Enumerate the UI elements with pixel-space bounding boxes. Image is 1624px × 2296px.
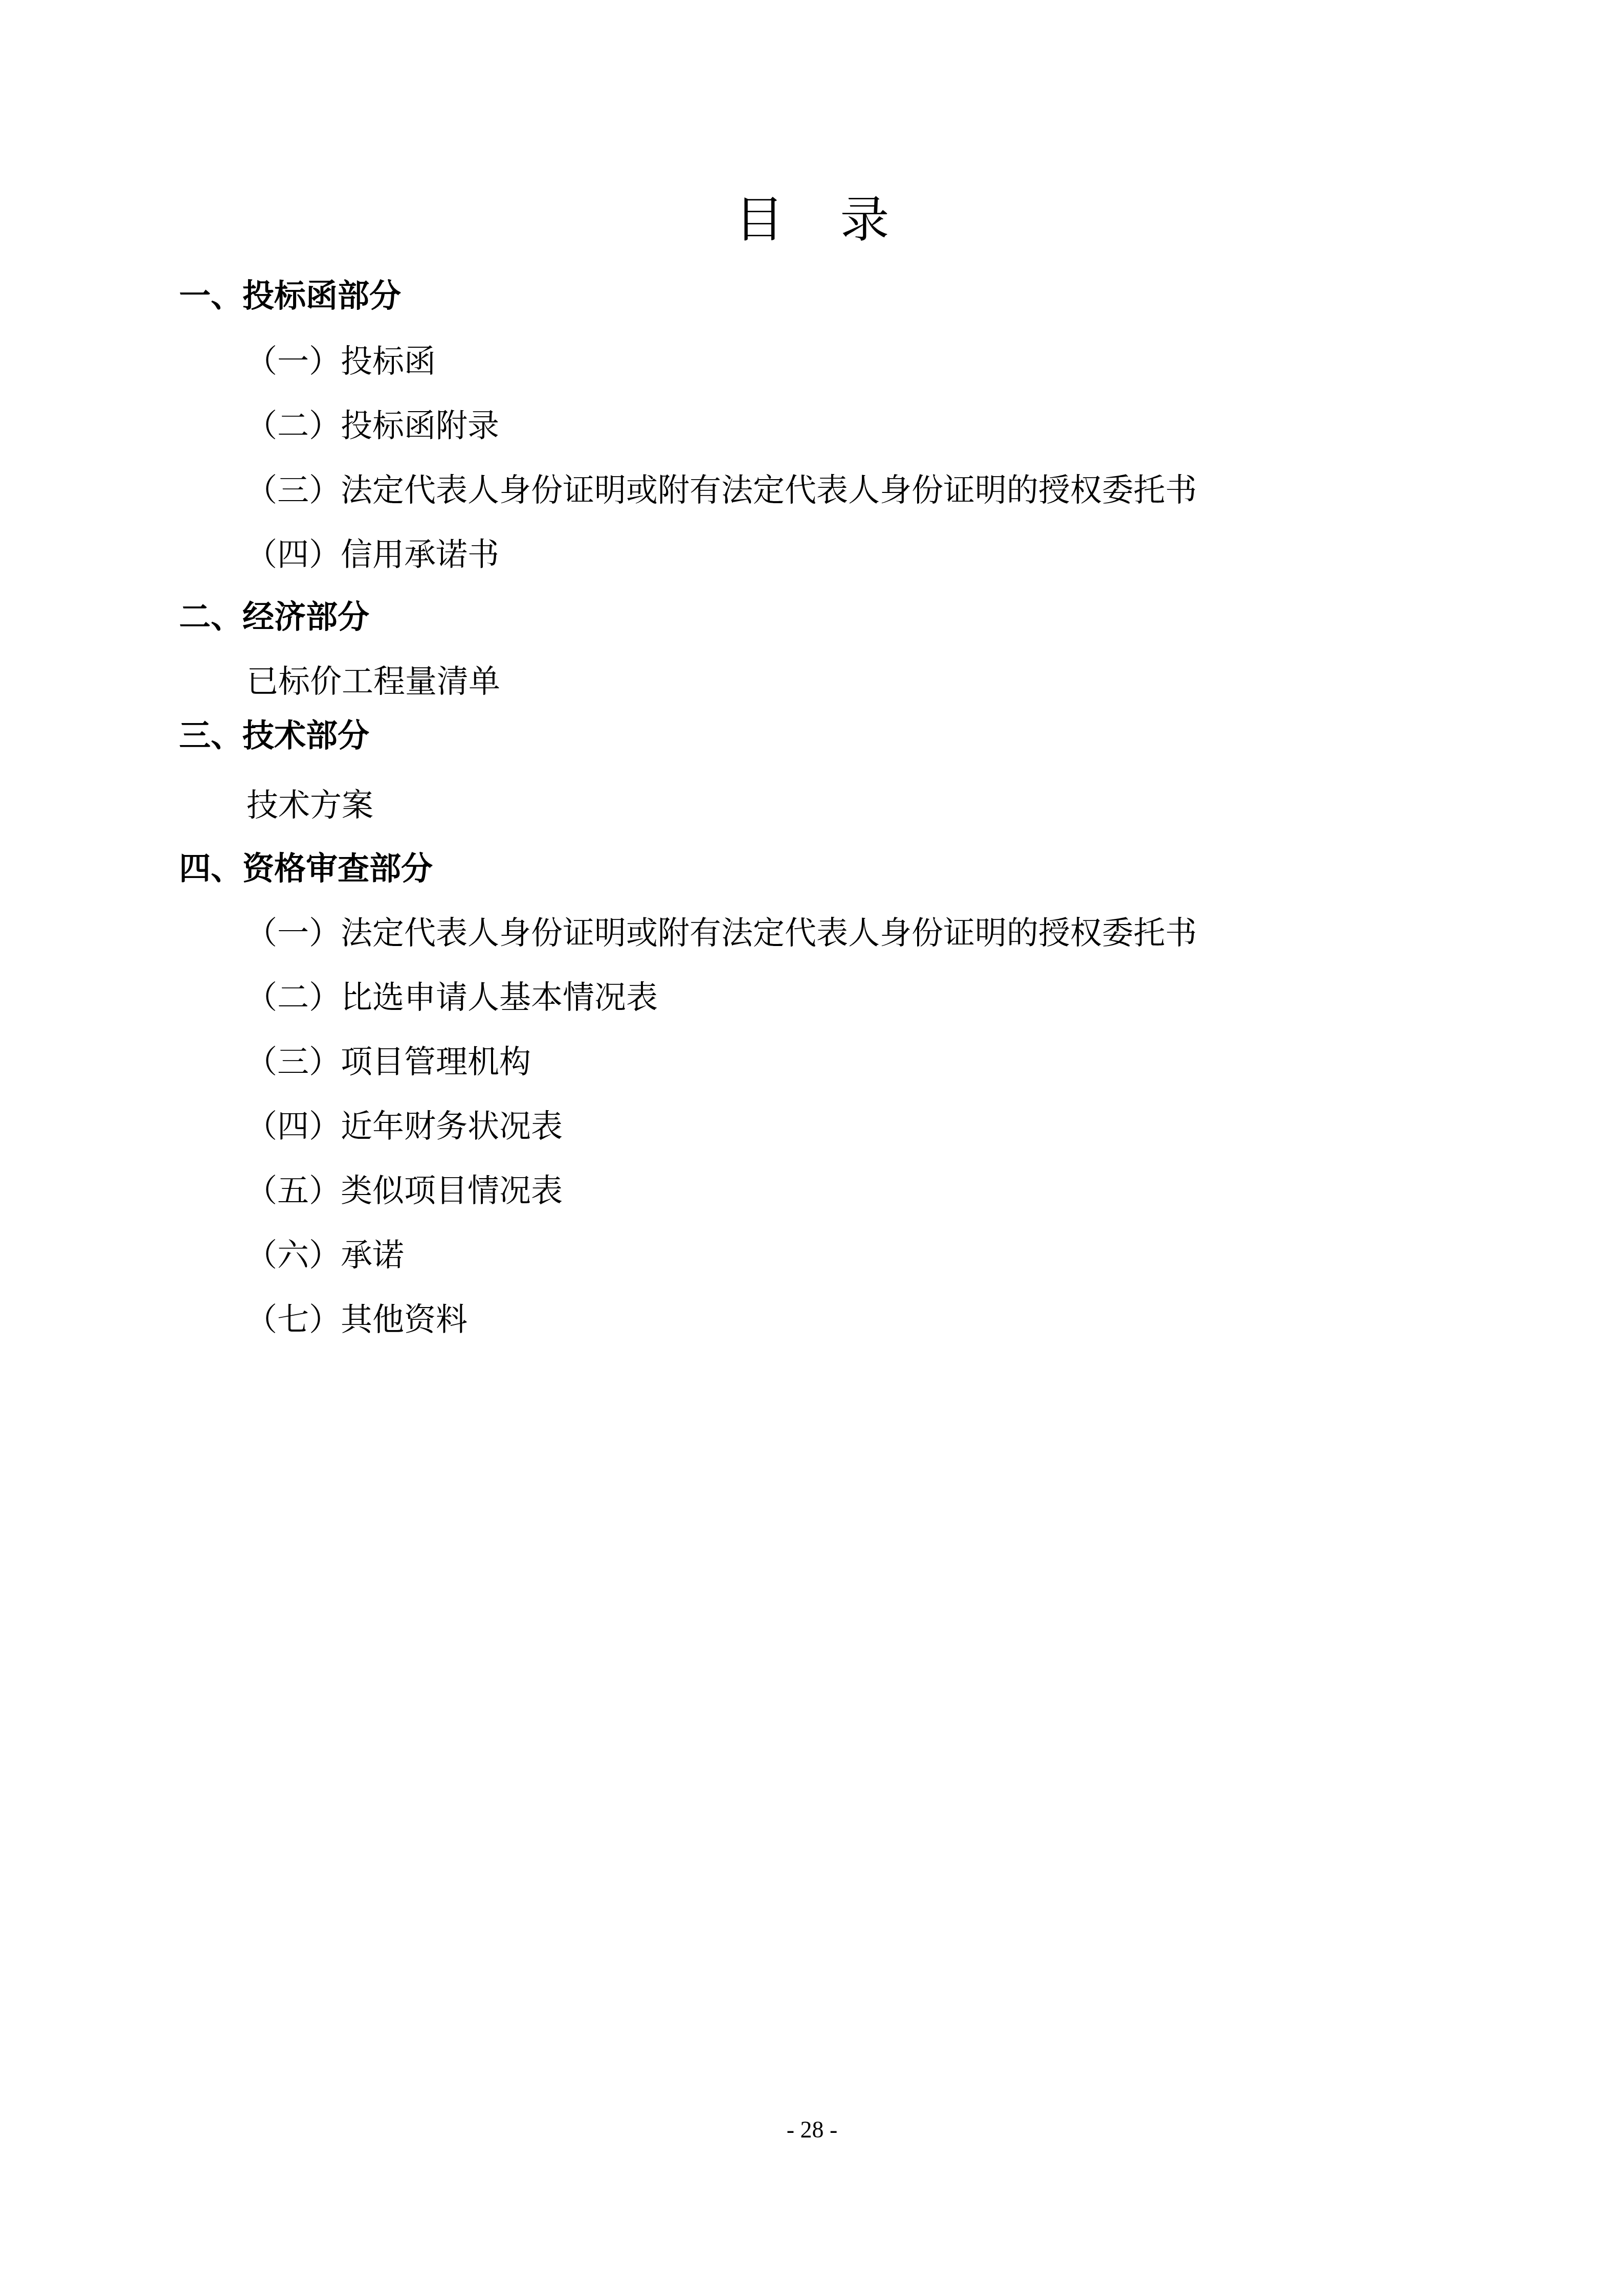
toc-item[interactable]: （四）近年财务状况表 xyxy=(246,1107,563,1147)
toc-section-heading[interactable]: 三、技术部分 xyxy=(179,716,369,757)
toc-item[interactable]: （六）承诺 xyxy=(246,1235,404,1276)
page-number: - 28 - xyxy=(0,2114,1624,2145)
toc-section-heading[interactable]: 四、资格审查部分 xyxy=(179,849,433,890)
toc-item[interactable]: （五）类似项目情况表 xyxy=(246,1171,563,1212)
toc-item[interactable]: （一）法定代表人身份证明或附有法定代表人身份证明的授权委托书 xyxy=(246,913,1197,954)
toc-item[interactable]: （二）比选申请人基本情况表 xyxy=(246,978,658,1019)
toc-item[interactable]: （七）其他资料 xyxy=(246,1300,468,1341)
toc-item[interactable]: （四）信用承诺书 xyxy=(246,535,499,576)
toc-item[interactable]: （三）项目管理机构 xyxy=(246,1042,531,1083)
toc-item[interactable]: （三）法定代表人身份证明或附有法定代表人身份证明的授权委托书 xyxy=(246,470,1197,511)
title-char-1: 目 xyxy=(735,189,784,251)
title-char-2: 录 xyxy=(840,189,889,251)
toc-item[interactable]: （二）投标函附录 xyxy=(246,406,499,447)
toc-item[interactable]: 技术方案 xyxy=(247,785,373,826)
toc-section-heading[interactable]: 二、经济部分 xyxy=(179,597,369,638)
page-title: 目录 xyxy=(0,189,1624,251)
toc-section-heading[interactable]: 一、投标函部分 xyxy=(179,276,401,317)
toc-item[interactable]: （一）投标函 xyxy=(246,342,436,382)
toc-item[interactable]: 已标价工程量清单 xyxy=(247,662,500,703)
